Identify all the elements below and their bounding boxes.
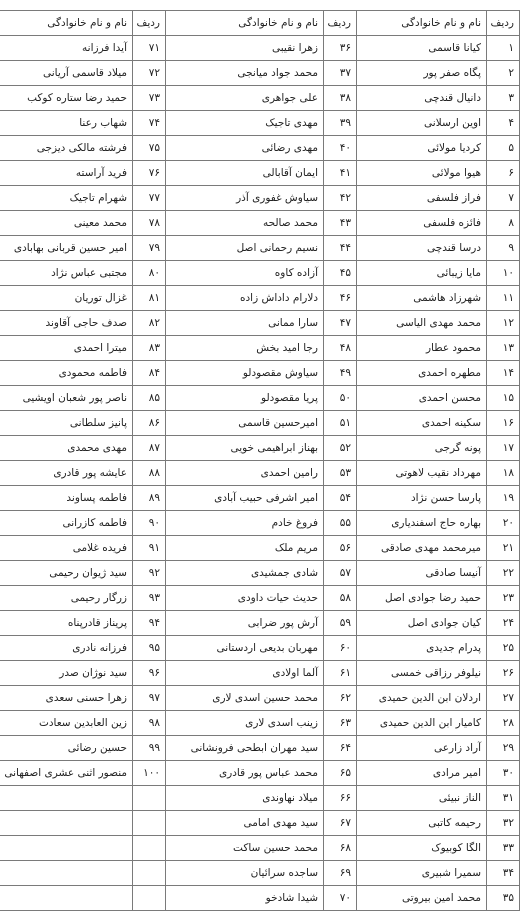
name-cell: شهرام تاجیک [0,186,133,211]
row-number-cell: ۸ [487,211,520,236]
row-number-cell: ۳۰ [487,761,520,786]
row-number-cell: ۴۰ [324,136,357,161]
table-row: ۲۸کامیار ابن الدین حمیدی۶۳زینب اسدی لاری… [0,711,520,736]
table-row: ۲۳حمید رضا جوادی اصل۵۸حدیث حیات داودی۹۳ز… [0,586,520,611]
header-row-number-2: ردیف [324,11,357,36]
name-cell: ایمان آقابالی [166,161,324,186]
row-number-cell: ۱۷ [487,436,520,461]
name-cell: شهرزاد هاشمی [357,286,487,311]
name-cell: میرمحمد مهدی صادقی [357,536,487,561]
name-cell: عایشه پور قادری [0,461,133,486]
name-cell: زهرا نقیبی [166,36,324,61]
name-cell: فریده غلامی [0,536,133,561]
name-cell: رجا امید بخش [166,336,324,361]
row-number-cell: ۱۰ [487,261,520,286]
name-cell: زینب اسدی لاری [166,711,324,736]
name-cell: سارا ممانی [166,311,324,336]
row-number-cell: ۲ [487,61,520,86]
row-number-cell: ۹۱ [133,536,166,561]
name-cell: سید مهران ابطحی فرونشانی [166,736,324,761]
row-number-cell: ۱۶ [487,411,520,436]
name-cell: مایا زیبائی [357,261,487,286]
table-row: ۲۰بهاره حاج اسفندیاری۵۵فروغ خادم۹۰فاطمه … [0,511,520,536]
table-row: ۵کردیا مولائی۴۰مهدی رضائی۷۵فرشته مالکی د… [0,136,520,161]
row-number-cell: ۳۵ [487,886,520,911]
name-cell: حدیث حیات داودی [166,586,324,611]
table-row: ۱۳محمود عطار۴۸رجا امید بخش۸۳میترا احمدی [0,336,520,361]
name-cell: اردلان ابن الدین حمیدی [357,686,487,711]
name-cell: امیر مرادی [357,761,487,786]
row-number-cell: ۸۷ [133,436,166,461]
row-number-cell: ۶۳ [324,711,357,736]
table-row: ۳۱الناز نبیئی۶۶میلاد نهاوندی [0,786,520,811]
name-cell: صدف حاجی آقاوند [0,311,133,336]
table-row: ۱۰مایا زیبائی۴۵آزاده کاوه۸۰مجتبی عباس نژ… [0,261,520,286]
name-cell: کردیا مولائی [357,136,487,161]
row-number-cell: ۳۱ [487,786,520,811]
row-number-cell: ۱۸ [487,461,520,486]
row-number-cell: ۵۱ [324,411,357,436]
name-cell: محمد صالحه [166,211,324,236]
row-number-cell: ۳۶ [324,36,357,61]
row-number-cell: ۳۳ [487,836,520,861]
name-cell: سکینه احمدی [357,411,487,436]
name-cell: سمیرا شبیری [357,861,487,886]
name-cell: فائزه فلسفی [357,211,487,236]
row-number-cell: ۴۵ [324,261,357,286]
row-number-cell: ۹۹ [133,736,166,761]
name-cell: حسین رضائی [0,736,133,761]
name-cell: امیرحسین قاسمی [166,411,324,436]
name-cell: رحیمه کاتبی [357,811,487,836]
name-cell: آلما اولادی [166,661,324,686]
row-number-cell: ۹۸ [133,711,166,736]
name-cell [0,861,133,886]
name-cell: مهدی محمدی [0,436,133,461]
row-number-cell: ۶ [487,161,520,186]
row-number-cell: ۸۸ [133,461,166,486]
name-cell: محمد حسین اسدی لاری [166,686,324,711]
name-cell: هیوا مولائی [357,161,487,186]
name-cell: محمد مهدی الیاسی [357,311,487,336]
row-number-cell: ۷۴ [133,111,166,136]
row-number-cell: ۴۶ [324,286,357,311]
row-number-cell [133,836,166,861]
row-number-cell: ۴۷ [324,311,357,336]
row-number-cell: ۵۴ [324,486,357,511]
row-number-cell [133,886,166,911]
table-row: ۳دانیال قندچی۳۸علی جواهری۷۳حمید رضا ستار… [0,86,520,111]
row-number-cell: ۷۳ [133,86,166,111]
name-cell: حمید رضا جوادی اصل [357,586,487,611]
name-cell: پونه گرجی [357,436,487,461]
name-cell: غزال توریان [0,286,133,311]
table-row: ۱۸مهرداد نقیب لاهوتی۵۳رامین احمدی۸۸عایشه… [0,461,520,486]
name-cell: محمد عباس پور قادری [166,761,324,786]
name-cell: رامین احمدی [166,461,324,486]
name-cell: آزاده کاوه [166,261,324,286]
name-cell: فاطمه محمودی [0,361,133,386]
row-number-cell: ۹۷ [133,686,166,711]
table-row: ۴اوین ارسلانی۳۹مهدی تاجیک۷۴شهاب رعنا [0,111,520,136]
table-body: ۱کیانا قاسمی۳۶زهرا نقیبی۷۱آیدا فرزانه۲پگ… [0,36,520,911]
row-number-cell: ۱۰۰ [133,761,166,786]
table-row: ۷فراز فلسفی۴۲سیاوش غفوری آذر۷۷شهرام تاجی… [0,186,520,211]
name-cell: زرگار رحیمی [0,586,133,611]
row-number-cell: ۹۶ [133,661,166,686]
row-number-cell: ۴۴ [324,236,357,261]
row-number-cell [133,811,166,836]
row-number-cell: ۸۰ [133,261,166,286]
row-number-cell: ۵۵ [324,511,357,536]
name-cell: شهاب رعنا [0,111,133,136]
table-row: ۳۴سمیرا شبیری۶۹ساجده سرائیان [0,861,520,886]
name-cell: فرشته مالکی دیزجی [0,136,133,161]
row-number-cell: ۳۷ [324,61,357,86]
row-number-cell: ۲۸ [487,711,520,736]
row-number-cell: ۲۱ [487,536,520,561]
name-cell: پگاه صفر پور [357,61,487,86]
row-number-cell: ۹۴ [133,611,166,636]
table-row: ۸فائزه فلسفی۴۳محمد صالحه۷۸محمد معینی [0,211,520,236]
name-cell: میلاد نهاوندی [166,786,324,811]
name-cell: پانیز سلطانی [0,411,133,436]
name-cell: اوین ارسلانی [357,111,487,136]
row-number-cell: ۸۹ [133,486,166,511]
name-cell [0,886,133,911]
name-cell [0,811,133,836]
table-row: ۳۰امیر مرادی۶۵محمد عباس پور قادری۱۰۰منصو… [0,761,520,786]
name-cell: کامیار ابن الدین حمیدی [357,711,487,736]
table-row: ۱۲محمد مهدی الیاسی۴۷سارا ممانی۸۲صدف حاجی… [0,311,520,336]
name-cell: سید مهدی امامی [166,811,324,836]
name-cell: سیاوش مقصودلو [166,361,324,386]
row-number-cell: ۵۲ [324,436,357,461]
name-cell: الناز نبیئی [357,786,487,811]
name-cell: آیدا فرزانه [0,36,133,61]
row-number-cell: ۳۴ [487,861,520,886]
name-cell: پریناز قادرپناه [0,611,133,636]
name-cell: بهاره حاج اسفندیاری [357,511,487,536]
name-cell: درسا قندچی [357,236,487,261]
row-number-cell: ۱۹ [487,486,520,511]
row-number-cell: ۲۶ [487,661,520,686]
row-number-cell: ۳ [487,86,520,111]
name-cell: نسیم رحمانی اصل [166,236,324,261]
name-cell: بهناز ابراهیمی خویی [166,436,324,461]
name-cell: میترا احمدی [0,336,133,361]
row-number-cell: ۲۲ [487,561,520,586]
row-number-cell: ۲۴ [487,611,520,636]
name-cell: سیاوش غفوری آذر [166,186,324,211]
names-table: ردیف نام و نام خانوادگی ردیف نام و نام خ… [0,10,520,911]
name-cell: محمد معینی [0,211,133,236]
name-cell: فاطمه پساوند [0,486,133,511]
row-number-cell: ۱۵ [487,386,520,411]
row-number-cell: ۱ [487,36,520,61]
name-cell: مهدی رضائی [166,136,324,161]
header-name-2: نام و نام خانوادگی [166,11,324,36]
row-number-cell: ۶۴ [324,736,357,761]
name-cell: کیان جوادی اصل [357,611,487,636]
table-row: ۱کیانا قاسمی۳۶زهرا نقیبی۷۱آیدا فرزانه [0,36,520,61]
row-number-cell: ۱۲ [487,311,520,336]
name-cell: مجتبی عباس نژاد [0,261,133,286]
row-number-cell: ۷۷ [133,186,166,211]
row-number-cell: ۲۰ [487,511,520,536]
row-number-cell: ۵۰ [324,386,357,411]
row-number-cell: ۵۸ [324,586,357,611]
table-row: ۲۴کیان جوادی اصل۵۹آرش پور ضرابی۹۴پریناز … [0,611,520,636]
name-cell: امیر اشرفی حبیب آبادی [166,486,324,511]
row-number-cell: ۸۲ [133,311,166,336]
row-number-cell: ۴۱ [324,161,357,186]
row-number-cell: ۴۳ [324,211,357,236]
table-row: ۳۵محمد امین بیروتی۷۰شیدا شادخو [0,886,520,911]
table-header-row: ردیف نام و نام خانوادگی ردیف نام و نام خ… [0,11,520,36]
row-number-cell: ۷۰ [324,886,357,911]
name-cell: الگا کوبیوک [357,836,487,861]
row-number-cell: ۹۵ [133,636,166,661]
table-row: ۱۹پارسا حسن نژاد۵۴امیر اشرفی حبیب آبادی۸… [0,486,520,511]
name-cell: نیلوفر رزاقی خمسی [357,661,487,686]
names-table-container: ردیف نام و نام خانوادگی ردیف نام و نام خ… [13,10,520,911]
row-number-cell: ۵۷ [324,561,357,586]
table-row: ۱۴مطهره احمدی۴۹سیاوش مقصودلو۸۴فاطمه محمو… [0,361,520,386]
row-number-cell: ۷۹ [133,236,166,261]
row-number-cell: ۹۰ [133,511,166,536]
name-cell: پدرام جدیدی [357,636,487,661]
name-cell: دلارام داداش زاده [166,286,324,311]
name-cell: شیدا شادخو [166,886,324,911]
row-number-cell: ۴ [487,111,520,136]
row-number-cell: ۴۲ [324,186,357,211]
name-cell: زین العابدین سعادت [0,711,133,736]
name-cell: حمید رضا ستاره کوکب [0,86,133,111]
name-cell: امیر حسین قربانی بهابادی [0,236,133,261]
row-number-cell: ۵۶ [324,536,357,561]
row-number-cell: ۳۹ [324,111,357,136]
header-row-number-3: ردیف [133,11,166,36]
row-number-cell: ۵۳ [324,461,357,486]
name-cell: مطهره احمدی [357,361,487,386]
row-number-cell: ۲۹ [487,736,520,761]
name-cell: ناصر پور شعبان اویشیی [0,386,133,411]
row-number-cell: ۱۳ [487,336,520,361]
row-number-cell [133,861,166,886]
row-number-cell: ۳۲ [487,811,520,836]
row-number-cell: ۶۱ [324,661,357,686]
row-number-cell: ۷ [487,186,520,211]
table-row: ۲۶نیلوفر رزاقی خمسی۶۱آلما اولادی۹۶سید نو… [0,661,520,686]
row-number-cell: ۸۱ [133,286,166,311]
table-row: ۱۷پونه گرجی۵۲بهناز ابراهیمی خویی۸۷مهدی م… [0,436,520,461]
name-cell: فرزانه نادری [0,636,133,661]
row-number-cell: ۵ [487,136,520,161]
name-cell [0,836,133,861]
name-cell: فراز فلسفی [357,186,487,211]
name-cell: میلاد قاسمی آریانی [0,61,133,86]
name-cell: محمد امین بیروتی [357,886,487,911]
name-cell: آنیسا صادقی [357,561,487,586]
row-number-cell: ۱۱ [487,286,520,311]
row-number-cell: ۷۲ [133,61,166,86]
table-row: ۱۶سکینه احمدی۵۱امیرحسین قاسمی۸۶پانیز سلط… [0,411,520,436]
name-cell: آرش پور ضرابی [166,611,324,636]
table-row: ۱۱شهرزاد هاشمی۴۶دلارام داداش زاده۸۱غزال … [0,286,520,311]
table-row: ۲۵پدرام جدیدی۶۰مهربان بدیعی اردستانی۹۵فر… [0,636,520,661]
row-number-cell: ۲۷ [487,686,520,711]
name-cell: علی جواهری [166,86,324,111]
header-row-number-1: ردیف [487,11,520,36]
table-row: ۹درسا قندچی۴۴نسیم رحمانی اصل۷۹امیر حسین … [0,236,520,261]
name-cell: مریم ملک [166,536,324,561]
name-cell: زهرا حسنی سعدی [0,686,133,711]
name-cell: مهربان بدیعی اردستانی [166,636,324,661]
row-number-cell: ۹۳ [133,586,166,611]
table-row: ۲پگاه صفر پور۳۷محمد جواد میانجی۷۲میلاد ق… [0,61,520,86]
table-row: ۳۲رحیمه کاتبی۶۷سید مهدی امامی [0,811,520,836]
name-cell: محمد جواد میانجی [166,61,324,86]
row-number-cell: ۹ [487,236,520,261]
name-cell: سید نوژان صدر [0,661,133,686]
row-number-cell: ۶۵ [324,761,357,786]
row-number-cell: ۷۱ [133,36,166,61]
name-cell: کیانا قاسمی [357,36,487,61]
row-number-cell: ۶۰ [324,636,357,661]
name-cell: مهدی تاجیک [166,111,324,136]
row-number-cell: ۵۹ [324,611,357,636]
row-number-cell: ۴۸ [324,336,357,361]
row-number-cell: ۲۳ [487,586,520,611]
row-number-cell: ۷۶ [133,161,166,186]
name-cell: ساجده سرائیان [166,861,324,886]
row-number-cell: ۸۳ [133,336,166,361]
row-number-cell: ۷۵ [133,136,166,161]
name-cell: شادی جمشیدی [166,561,324,586]
name-cell: فاطمه کازرانی [0,511,133,536]
name-cell: محمود عطار [357,336,487,361]
table-row: ۲۱میرمحمد مهدی صادقی۵۶مریم ملک۹۱فریده غل… [0,536,520,561]
row-number-cell: ۲۵ [487,636,520,661]
name-cell: سید ژیوان رحیمی [0,561,133,586]
name-cell: آراد زارعی [357,736,487,761]
name-cell [0,786,133,811]
row-number-cell: ۸۶ [133,411,166,436]
row-number-cell: ۶۷ [324,811,357,836]
row-number-cell: ۶۲ [324,686,357,711]
row-number-cell: ۹۲ [133,561,166,586]
row-number-cell: ۶۹ [324,861,357,886]
name-cell: محمد حسین ساکت [166,836,324,861]
row-number-cell: ۸۴ [133,361,166,386]
name-cell: محسن احمدی [357,386,487,411]
header-name-1: نام و نام خانوادگی [357,11,487,36]
name-cell: پارسا حسن نژاد [357,486,487,511]
name-cell: مهرداد نقیب لاهوتی [357,461,487,486]
table-row: ۶هیوا مولائی۴۱ایمان آقابالی۷۶فرید آراسته [0,161,520,186]
table-row: ۲۷اردلان ابن الدین حمیدی۶۲محمد حسین اسدی… [0,686,520,711]
row-number-cell: ۶۶ [324,786,357,811]
table-row: ۳۳الگا کوبیوک۶۸محمد حسین ساکت [0,836,520,861]
name-cell: فرید آراسته [0,161,133,186]
row-number-cell: ۴۹ [324,361,357,386]
row-number-cell: ۶۸ [324,836,357,861]
table-row: ۲۲آنیسا صادقی۵۷شادی جمشیدی۹۲سید ژیوان رح… [0,561,520,586]
row-number-cell: ۷۸ [133,211,166,236]
row-number-cell: ۳۸ [324,86,357,111]
name-cell: فروغ خادم [166,511,324,536]
table-row: ۲۹آراد زارعی۶۴سید مهران ابطحی فرونشانی۹۹… [0,736,520,761]
table-row: ۱۵محسن احمدی۵۰پریا مقصودلو۸۵ناصر پور شعب… [0,386,520,411]
name-cell: پریا مقصودلو [166,386,324,411]
row-number-cell: ۸۵ [133,386,166,411]
header-name-3: نام و نام خانوادگی [0,11,133,36]
name-cell: منصور اثنی عشری اصفهانی [0,761,133,786]
name-cell: دانیال قندچی [357,86,487,111]
row-number-cell [133,786,166,811]
row-number-cell: ۱۴ [487,361,520,386]
